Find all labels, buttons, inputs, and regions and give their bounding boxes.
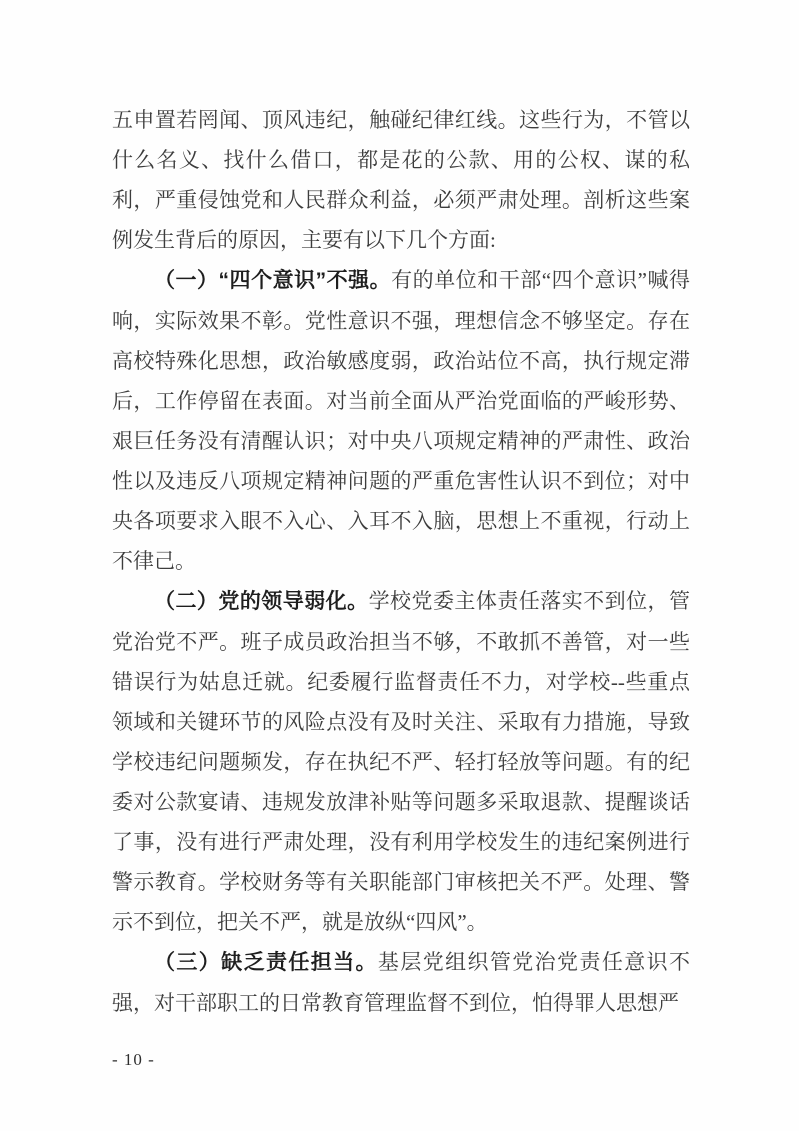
document-text-block: 五申置若罔闻、顶风违纪，触碰纪律红线。这些行为，不管以什么名义、找什么借口，都是…	[112, 100, 690, 1023]
paragraph-section-1: （一）“四个意识”不强。有的单位和干部“四个意识”喊得响，实际效果不彰。党性意识…	[112, 260, 690, 581]
section-1-heading: （一）“四个意识”不强。	[154, 269, 391, 292]
paragraph-continued-text: 五申置若罔闻、顶风违纪，触碰纪律红线。这些行为，不管以什么名义、找什么借口，都是…	[112, 108, 690, 252]
section-2-text: 学校党委主体责任落实不到位，管党治党不严。班子成员政治担当不够，不敢抓不善管，对…	[112, 589, 690, 934]
page-number: - 10 -	[112, 1048, 155, 1072]
paragraph-section-3: （三）缺乏责任担当。基层党组织管党治党责任意识不强，对干部职工的日常教育管理监督…	[112, 942, 690, 1023]
paragraph-section-2: （二）党的领导弱化。学校党委主体责任落实不到位，管党治党不严。班子成员政治担当不…	[112, 581, 690, 942]
paragraph-continued: 五申置若罔闻、顶风违纪，触碰纪律红线。这些行为，不管以什么名义、找什么借口，都是…	[112, 100, 690, 260]
section-3-heading: （三）缺乏责任担当。	[154, 951, 378, 974]
document-page: 五申置若罔闻、顶风违纪，触碰纪律红线。这些行为，不管以什么名义、找什么借口，都是…	[0, 0, 799, 1131]
section-1-text: 有的单位和干部“四个意识”喊得响，实际效果不彰。党性意识不强，理想信念不够坚定。…	[112, 268, 690, 573]
section-2-heading: （二）党的领导弱化。	[154, 590, 369, 613]
